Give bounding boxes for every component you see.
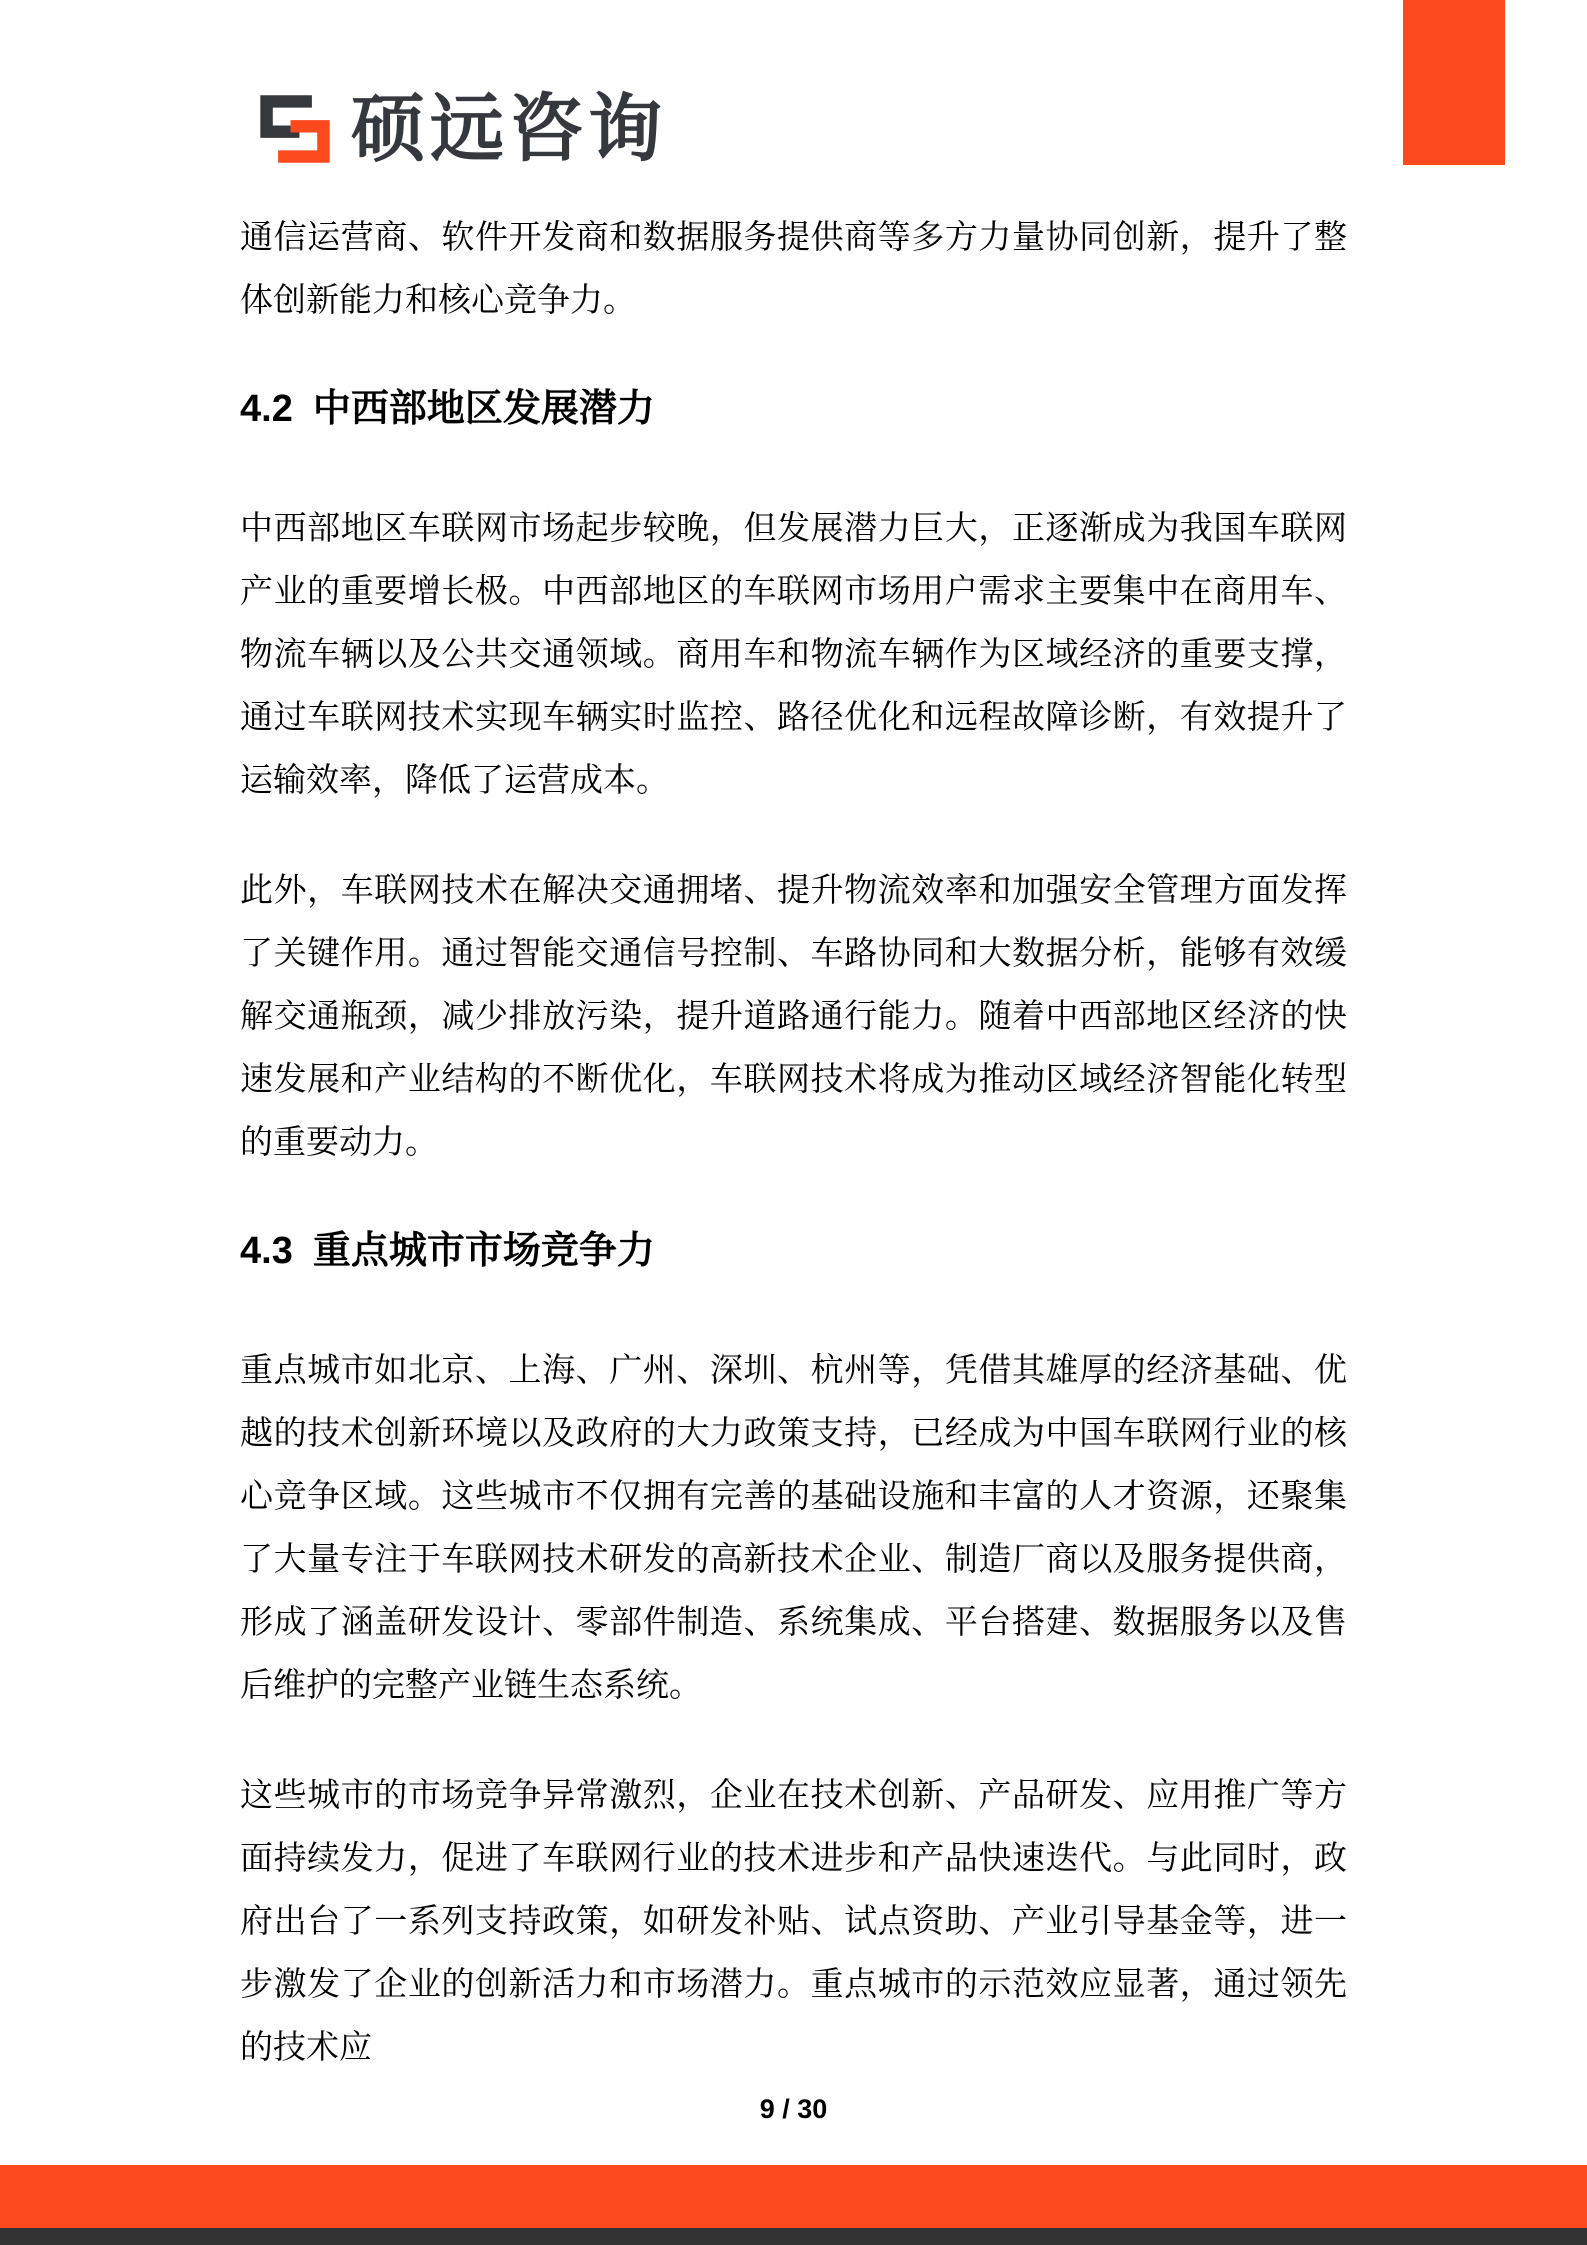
section-title: 中西部地区发展潜力 xyxy=(313,388,655,430)
interlocked-squares-logo-icon xyxy=(255,93,335,165)
section-number: 4.3 xyxy=(240,1230,293,1272)
section-number: 4.2 xyxy=(240,388,293,430)
section-4-3-paragraph-2: 这些城市的市场竞争异常激烈，企业在技术创新、产品研发、应用推广等方面持续发力，促… xyxy=(240,1763,1347,2078)
brand-logo: 硕远咨询 xyxy=(255,92,667,166)
brand-logo-text: 硕远咨询 xyxy=(351,92,667,166)
footer-accent-band xyxy=(0,2165,1587,2228)
document-body: 通信运营商、软件开发商和数据服务提供商等多方力量协同创新，提升了整体创新能力和核… xyxy=(240,205,1347,2125)
section-4-2-paragraph-2: 此外，车联网技术在解决交通拥堵、提升物流效率和加强安全管理方面发挥了关键作用。通… xyxy=(240,858,1347,1173)
report-page: 硕远咨询 通信运营商、软件开发商和数据服务提供商等多方力量协同创新，提升了整体创… xyxy=(0,0,1587,2245)
page-number: 9 / 30 xyxy=(0,2096,1587,2123)
section-4-2-paragraph-1: 中西部地区车联网市场起步较晚，但发展潜力巨大，正逐渐成为我国车联网产业的重要增长… xyxy=(240,496,1347,811)
section-heading-4-3: 4.3重点城市市场竞争力 xyxy=(240,1228,1347,1274)
footer-dark-strip xyxy=(0,2228,1587,2245)
section-4-3-paragraph-1: 重点城市如北京、上海、广州、深圳、杭州等，凭借其雄厚的经济基础、优越的技术创新环… xyxy=(240,1338,1347,1716)
top-right-accent-block xyxy=(1403,0,1505,165)
section-heading-4-2: 4.2中西部地区发展潜力 xyxy=(240,386,1347,432)
section-title: 重点城市市场竞争力 xyxy=(313,1230,655,1272)
intro-paragraph: 通信运营商、软件开发商和数据服务提供商等多方力量协同创新，提升了整体创新能力和核… xyxy=(240,205,1347,331)
